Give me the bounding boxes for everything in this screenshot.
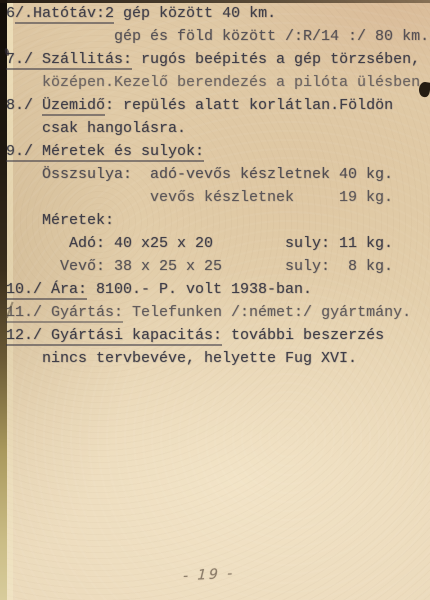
document-page: 6/.Hatótáv:2 gép között 40 km. gép és fö… [0,0,430,600]
text-line: 6/.Hatótáv:2 gép között 40 km. [6,2,430,25]
text-segment: Összsulya: adó-vevős készletnek 40 kg. [6,166,393,183]
text-segment: további beszerzés [222,327,384,344]
text-line: 8./ Üzemidő: repülés alatt korlátlan.Föl… [6,94,430,117]
text-line: Méretek: [6,209,430,232]
heading-underlined-segment: 10./ Ára: [6,281,87,300]
text-line: 11./ Gyártás: Telefunken /:német:/ gyárt… [6,301,430,324]
text-segment: csak hangolásra. [6,120,186,137]
typewritten-text: 6/.Hatótáv:2 gép között 40 km. gép és fö… [6,2,430,370]
text-line: csak hangolásra. [6,117,430,140]
text-segment: gép és föld között /:R/14 :/ 80 km. [6,28,429,45]
text-line: 12./ Gyártási kapacitás: további beszerz… [6,324,430,347]
text-line: nincs tervbevéve, helyette Fug XVI. [6,347,430,370]
text-segment: 6 [6,5,15,22]
heading-underlined-segment: 9./ Méretek és sulyok: [6,143,204,162]
page-number: - 19 - [183,566,236,585]
text-segment: Vevő: 38 x 25 x 25 suly: 8 kg. [6,258,393,275]
text-line: 9./ Méretek és sulyok: [6,140,430,163]
text-segment: 8./ [6,97,42,114]
text-segment: Méretek: [6,212,114,229]
text-segment: vevős készletnek 19 kg. [6,189,393,206]
heading-underlined-segment: 11./ Gyártás: [6,304,123,323]
text-segment: középen.Kezelő berendezés a pilóta ülésb… [6,74,420,91]
text-line: Vevő: 38 x 25 x 25 suly: 8 kg. [6,255,430,278]
text-line: Adó: 40 x25 x 20 suly: 11 kg. [6,232,430,255]
text-line: 7./ Szállitás: rugós beépités a gép törz… [6,48,430,71]
text-segment: nincs tervbevéve, helyette Fug XVI. [6,350,357,367]
text-line: vevős készletnek 19 kg. [6,186,430,209]
text-segment: rugós beépités a gép törzsében, [132,51,420,68]
text-line: 10./ Ára: 8100.- P. volt 1938-ban. [6,278,430,301]
text-line: gép és föld között /:R/14 :/ 80 km. [6,25,430,48]
text-segment: 8100.- P. volt 1938-ban. [87,281,312,298]
text-line: középen.Kezelő berendezés a pilóta ülésb… [6,71,430,94]
heading-underlined-segment: 7./ Szállitás: [6,51,132,70]
heading-underlined-segment: Üzemidő [42,97,105,116]
text-segment: Adó: 40 x25 x 20 suly: 11 kg. [6,235,393,252]
text-segment: : repülés alatt korlátlan.Földön [105,97,393,114]
ink-blob [418,81,430,97]
text-segment: gép között 40 km. [114,5,276,22]
text-segment: Telefunken /:német:/ gyártmány. [123,304,411,321]
heading-underlined-segment: /.Hatótáv:2 [15,5,114,24]
text-line: Összsulya: adó-vevős készletnek 40 kg. [6,163,430,186]
heading-underlined-segment: 12./ Gyártási kapacitás: [6,327,222,346]
